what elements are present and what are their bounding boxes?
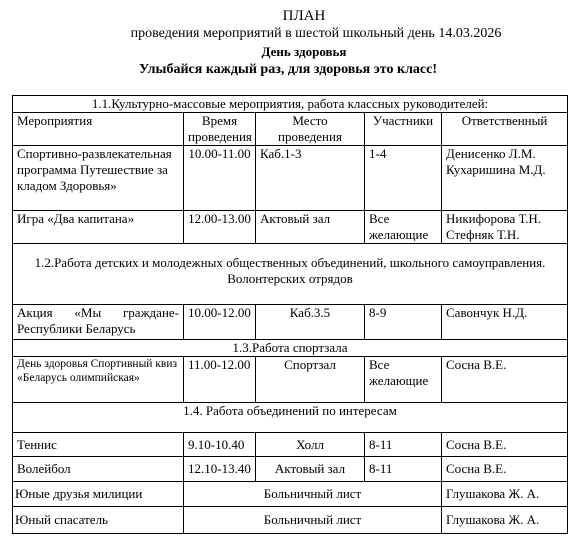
table-row: День здоровья Спортивный квиз «Беларусь … [13,357,568,403]
place-cell: Каб.1-3 [256,146,365,211]
section-title: 1.4. Работа объединений по интересам [13,403,568,433]
section-header: 1.4. Работа объединений по интересам [13,403,568,433]
place-cell: Спортзал [256,357,365,403]
time-cell: 10.00-12.00 [184,305,256,340]
event-cell: День здоровья Спортивный квиз «Беларусь … [13,357,184,403]
event-cell: Акция «Мы граждане-Республики Беларусь [13,305,184,340]
participants-cell: 8-9 [365,305,442,340]
document-subtitle: проведения мероприятий в шестой школьный… [28,25,576,43]
event-cell: Теннис [13,433,184,457]
document-theme: День здоровья [16,43,576,61]
responsible-cell: Глушакова Ж. А. [442,482,568,507]
participants-cell: 1-4 [365,146,442,211]
section-header: 1.3.Работа спортзала [13,340,568,357]
responsible-cell: Никифорова Т.Н. Стефняк Т.Н. [442,211,568,244]
table-row: Спортивно-развлекательная программа Путе… [13,146,568,211]
time-cell: 12.10-13.40 [184,457,256,482]
participants-cell: 8-11 [365,457,442,482]
column-header-row: Мероприятия Время проведения Место прове… [13,113,568,146]
table-row: Юные друзья милиции Больничный лист Глуш… [13,482,568,507]
responsible-cell: Сосна В.Е. [442,433,568,457]
table-row: Юный спасатель Больничный лист Глушакова… [13,507,568,534]
table-row: Игра «Два капитана» 12.00-13.00 Актовый … [13,211,568,244]
document-slogan: Улыбайся каждый раз, для здоровья это кл… [0,61,576,79]
column-header: Ответственный [442,113,568,146]
event-cell: Игра «Два капитана» [13,211,184,244]
responsible-cell: Сосна В.Е. [442,457,568,482]
place-cell: Каб.3.5 [256,305,365,340]
events-plan-table: 1.1.Культурно-массовые мероприятия, рабо… [12,95,568,534]
time-cell: 10.00-11.00 [184,146,256,211]
document-title: ПЛАН [16,7,576,25]
section-title: 1.1.Культурно-массовые мероприятия, рабо… [13,96,568,113]
column-header: Мероприятия [13,113,184,146]
event-cell: Волейбол [13,457,184,482]
table-row: Акция «Мы граждане-Республики Беларусь 1… [13,305,568,340]
responsible-cell: Савончук Н.Д. [442,305,568,340]
responsible-cell: Глушакова Ж. А. [442,507,568,534]
section-header: 1.1.Культурно-массовые мероприятия, рабо… [13,96,568,113]
event-cell: Спортивно-развлекательная программа Путе… [13,146,184,211]
column-header: Участники [365,113,442,146]
section-title: 1.3.Работа спортзала [13,340,568,357]
participants-cell: Все желающие [365,357,442,403]
time-cell: 9.10-10.40 [184,433,256,457]
column-header: Время проведения [184,113,256,146]
time-cell: 12.00-13.00 [184,211,256,244]
event-cell: Юный спасатель [13,507,184,534]
event-cell: Юные друзья милиции [13,482,184,507]
responsible-cell: Сосна В.Е. [442,357,568,403]
section-header: 1.2.Работа детских и молодежных обществе… [13,244,568,305]
section-title: 1.2.Работа детских и молодежных обществе… [13,244,568,305]
status-cell: Больничный лист [184,482,442,507]
table-row: Теннис 9.10-10.40 Холл 8-11 Сосна В.Е. [13,433,568,457]
status-cell: Больничный лист [184,507,442,534]
place-cell: Актовый зал [256,457,365,482]
table-row: Волейбол 12.10-13.40 Актовый зал 8-11 Со… [13,457,568,482]
time-cell: 11.00-12.00 [184,357,256,403]
place-cell: Холл [256,433,365,457]
column-header: Место проведения [256,113,365,146]
participants-cell: Все желающие [365,211,442,244]
participants-cell: 8-11 [365,433,442,457]
responsible-cell: Денисенко Л.М. Кухаришина М.Д. [442,146,568,211]
place-cell: Актовый зал [256,211,365,244]
